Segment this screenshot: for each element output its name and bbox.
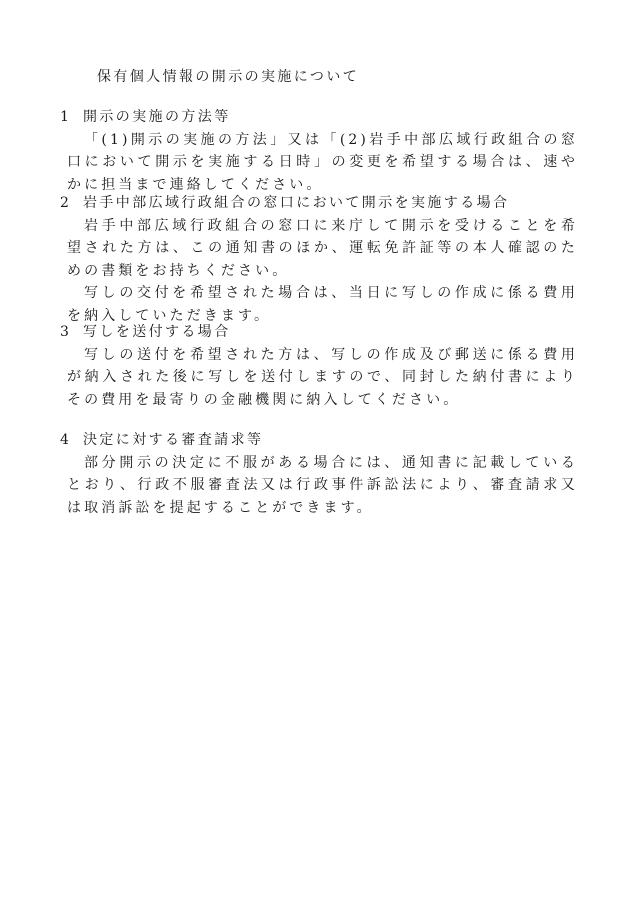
section-number: 4 [60, 429, 69, 452]
section-heading: 3 写しを送付する場合 [58, 321, 578, 344]
document-page: 保有個人情報の開示の実施について 1 開示の実施の方法等 「(1)開示の実施の方… [0, 0, 630, 903]
document-title: 保有個人情報の開示の実施について [97, 66, 359, 86]
section-number: 1 [60, 106, 69, 129]
section-heading-text: 写しを送付する場合 [83, 321, 231, 344]
section-3: 3 写しを送付する場合 写しの送付を希望された方は、写しの作成及び郵送に係る費用… [58, 321, 578, 411]
section-paragraph: 写しの送付を希望された方は、写しの作成及び郵送に係る費用が納入された後に写しを送… [58, 344, 578, 412]
section-paragraph: 岩手中部広域行政組合の窓口に来庁して開示を受けることを希望された方は、この通知書… [58, 215, 578, 283]
section-heading-text: 岩手中部広域行政組合の窓口において開示を実施する場合 [83, 192, 509, 215]
section-number: 3 [60, 321, 69, 344]
section-4: 4 決定に対する審査請求等 部分開示の決定に不服がある場合には、通知書に記載して… [58, 429, 578, 519]
section-2: 2 岩手中部広域行政組合の窓口において開示を実施する場合 岩手中部広域行政組合の… [58, 192, 578, 327]
section-heading: 4 決定に対する審査請求等 [58, 429, 578, 452]
section-paragraph: 部分開示の決定に不服がある場合には、通知書に記載しているとおり、行政不服審査法又… [58, 452, 578, 520]
section-heading: 1 開示の実施の方法等 [58, 106, 578, 129]
section-heading-text: 開示の実施の方法等 [83, 106, 231, 129]
section-1: 1 開示の実施の方法等 「(1)開示の実施の方法」又は「(2)岩手中部広域行政組… [58, 106, 578, 196]
section-number: 2 [60, 192, 69, 215]
section-heading-text: 決定に対する審査請求等 [83, 429, 263, 452]
section-heading: 2 岩手中部広域行政組合の窓口において開示を実施する場合 [58, 192, 578, 215]
section-paragraph: 「(1)開示の実施の方法」又は「(2)岩手中部広域行政組合の窓口において開示を実… [58, 129, 578, 197]
